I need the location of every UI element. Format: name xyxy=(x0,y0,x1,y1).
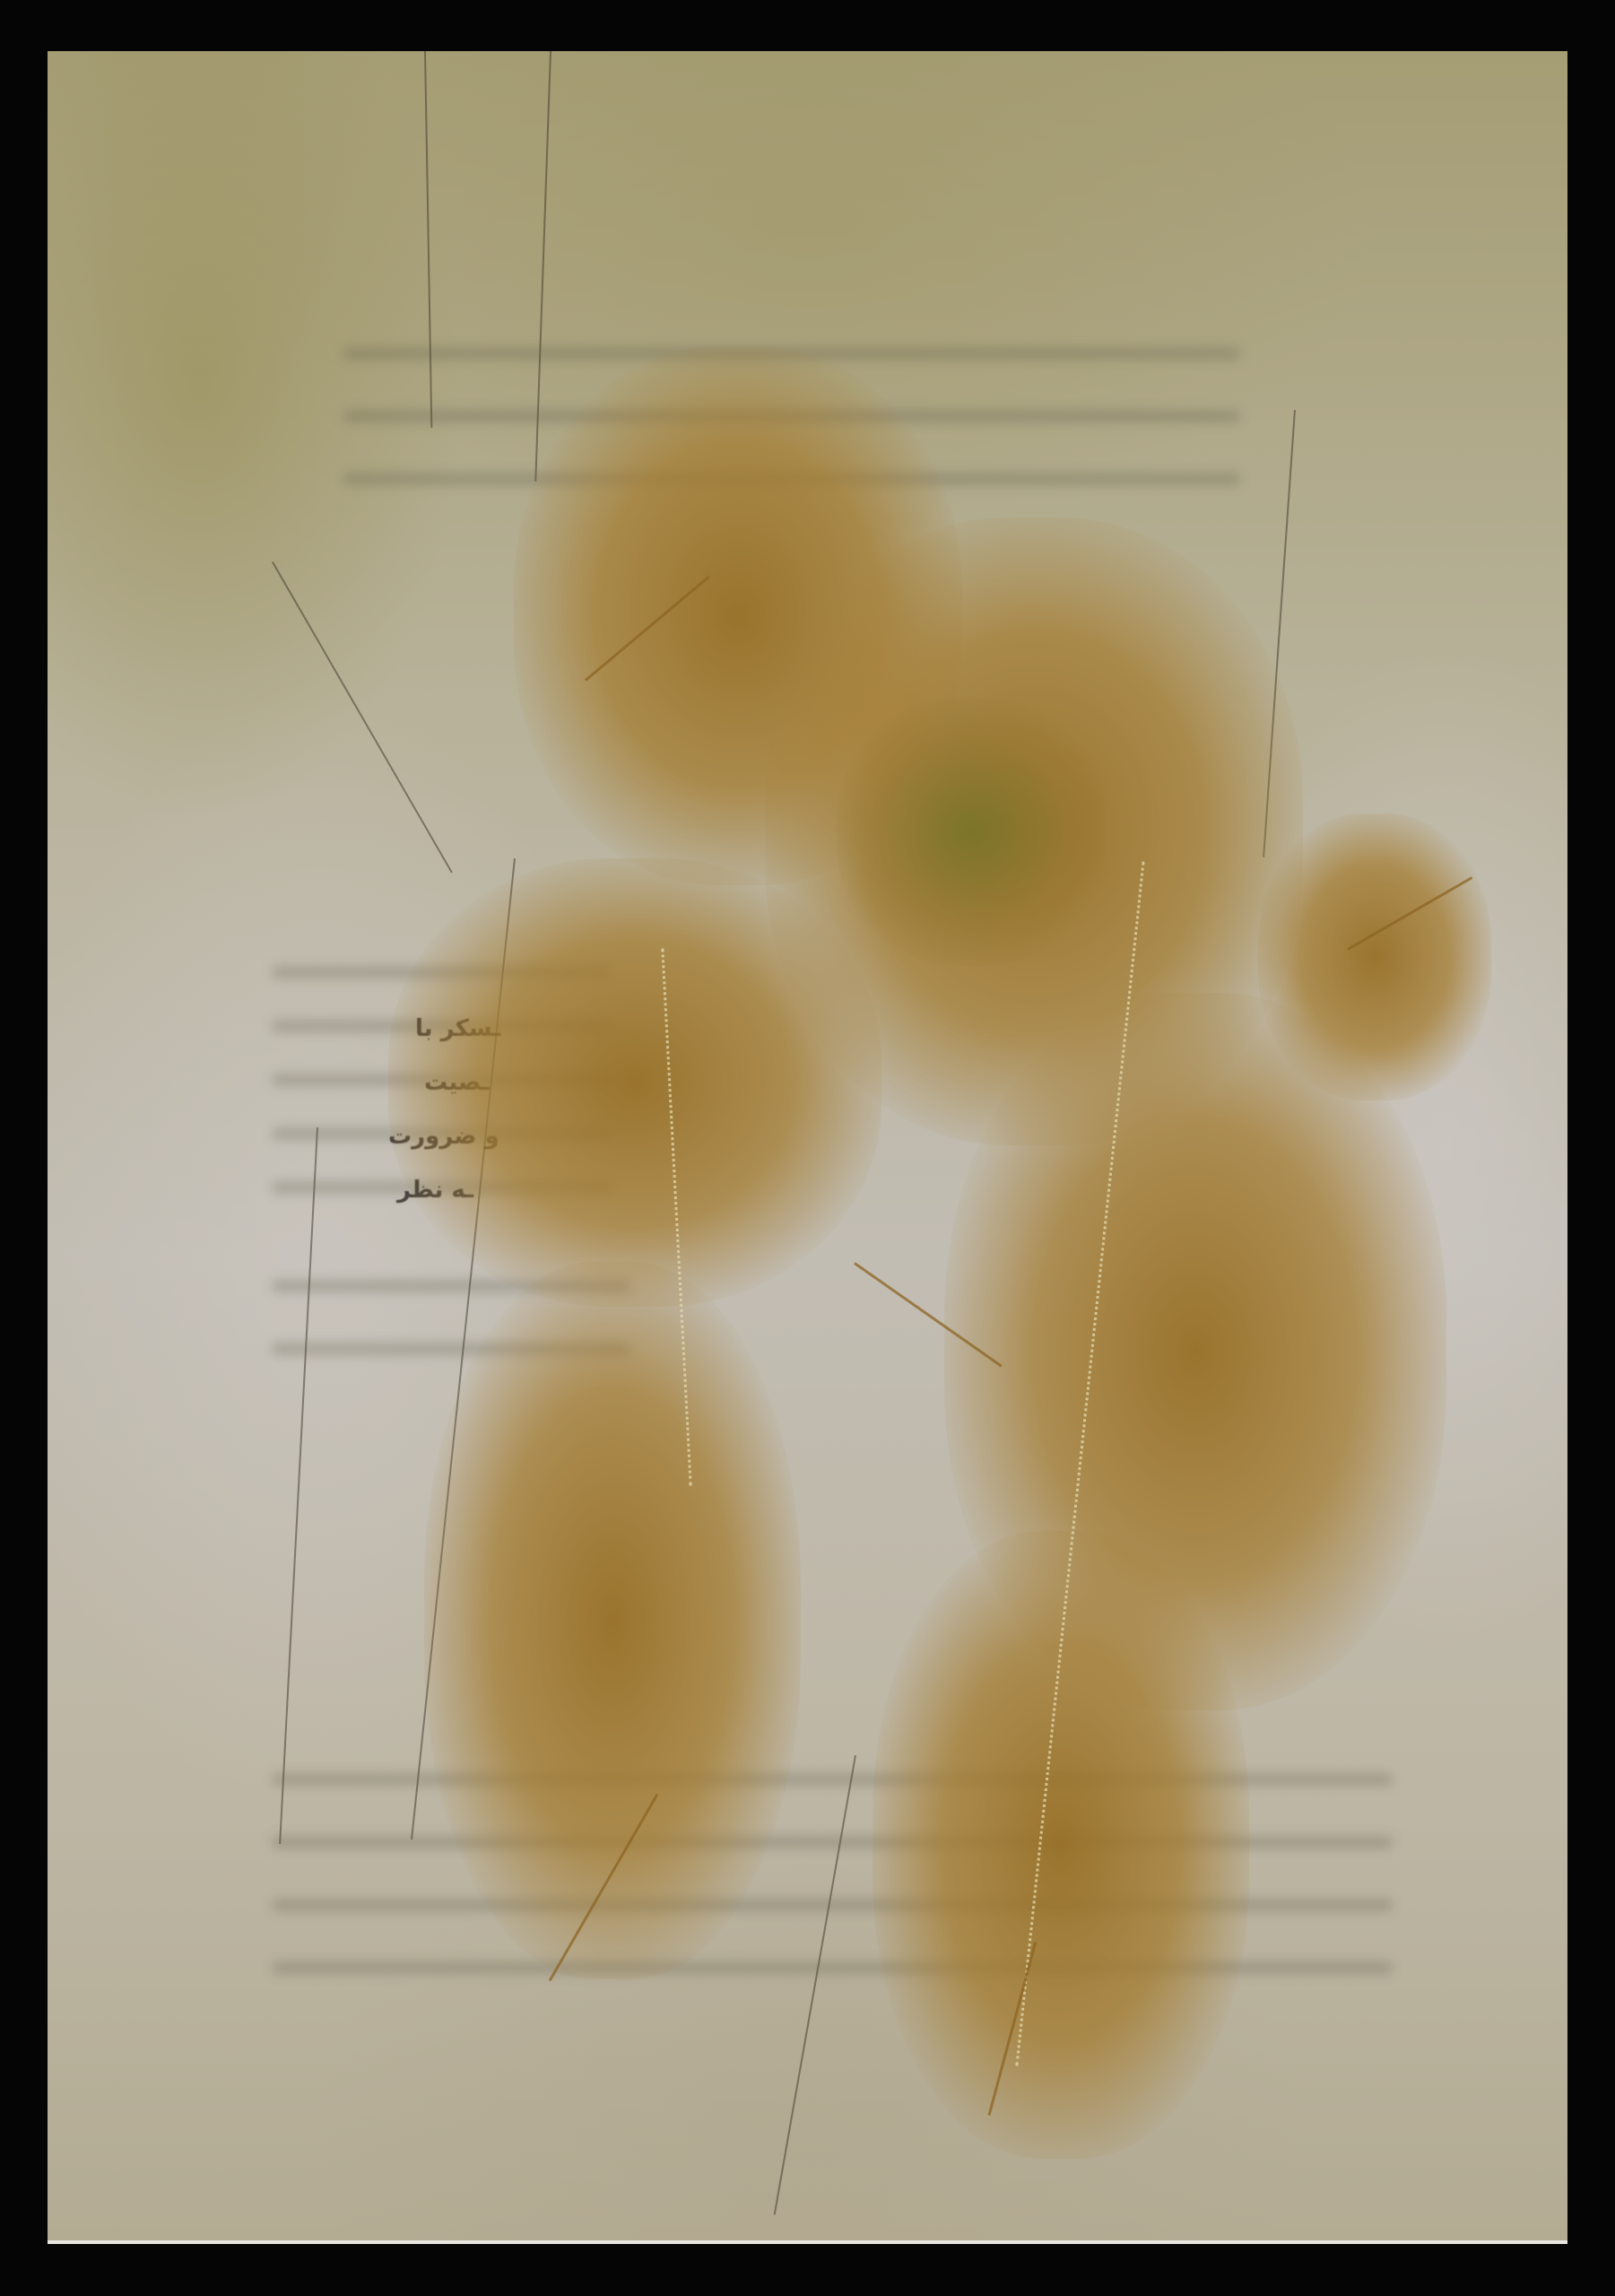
paper-crack xyxy=(424,51,432,428)
paper-crack xyxy=(272,561,453,873)
leaf-print-stain xyxy=(1258,813,1491,1100)
leaf-print-stain xyxy=(837,697,1106,966)
artwork-paper: ـسکر با ـصیت و ضرورت ـه نظر xyxy=(48,51,1567,2244)
paper-crack xyxy=(279,1127,318,1844)
leaf-print-stain xyxy=(388,858,881,1307)
paper-crack xyxy=(774,1755,856,2214)
